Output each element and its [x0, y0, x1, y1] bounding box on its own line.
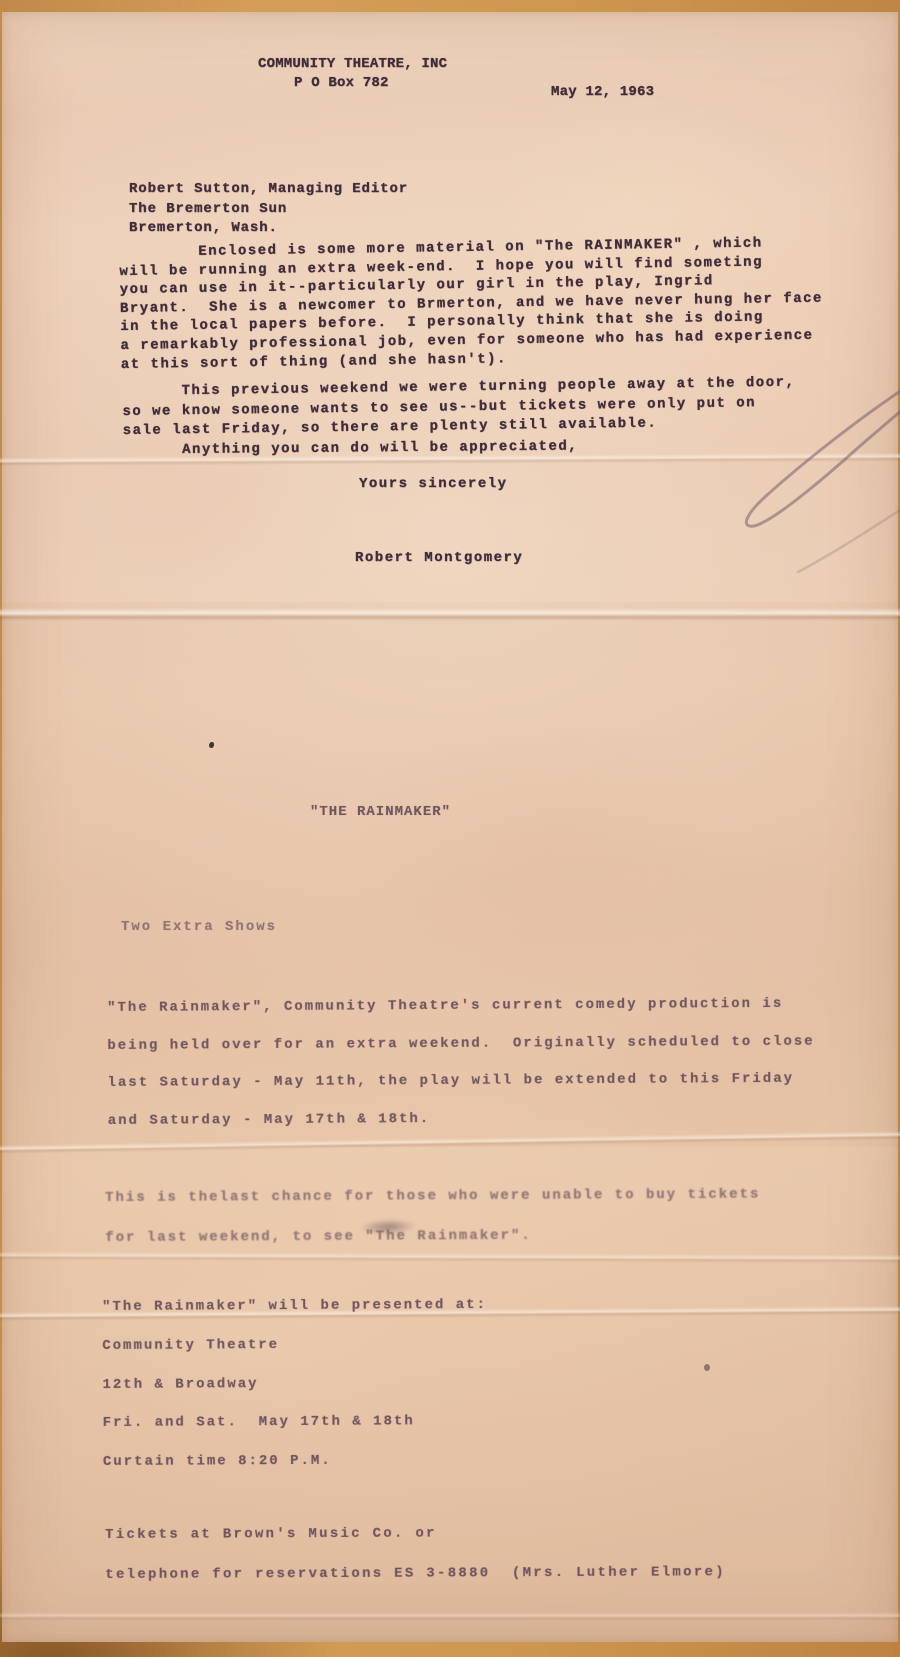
valediction: Yours sincerely [359, 475, 508, 494]
letter-date: May 12, 1963 [551, 83, 654, 102]
press-release-paragraph-2: This is thelast chance for those who wer… [105, 1175, 761, 1258]
ink-speck [704, 1364, 710, 1371]
ink-speck [209, 742, 214, 748]
signature-name: Robert Montgomery [355, 549, 523, 568]
press-release-headline: Two Extra Shows [121, 918, 277, 937]
letter-paragraph-2: This previous weekend we were turning pe… [122, 374, 796, 442]
press-release-venue-details: "The Rainmaker" will be presented at: Co… [102, 1286, 488, 1482]
fold-crease [0, 1612, 900, 1621]
letterhead-org: COMMUNITY THEATRE, INC [258, 55, 447, 74]
letterhead-pobox: P O Box 782 [294, 74, 389, 93]
press-release-paragraph-1: "The Rainmaker", Community Theatre's cur… [107, 986, 815, 1140]
letter-paragraph-1: Enclosed is some more material on "The R… [119, 234, 824, 375]
letter-closing-line: Anything you can do will be appreciated, [182, 438, 578, 460]
press-release-title: "THE RAINMAKER" [310, 803, 451, 822]
letter-paper: COMMUNITY THEATRE, INC P O Box 782 May 1… [2, 12, 898, 1642]
recipient-address: Robert Sutton, Managing Editor The Breme… [129, 180, 408, 239]
photo-backdrop: COMMUNITY THEATRE, INC P O Box 782 May 1… [0, 0, 900, 1657]
fold-crease [0, 608, 900, 621]
press-release-ticket-info: Tickets at Brown's Music Co. or telephon… [105, 1512, 726, 1595]
